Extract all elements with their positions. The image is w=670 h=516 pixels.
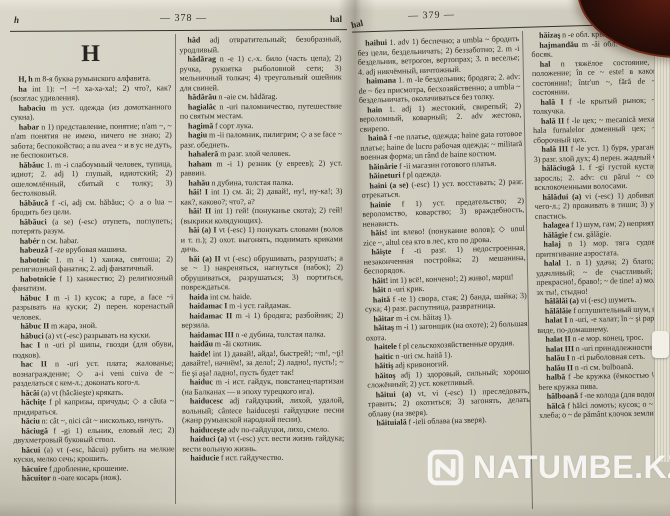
headword: haită [373, 294, 391, 304]
headword: hagialâc [188, 102, 217, 111]
headword: hăitaş [374, 323, 395, 333]
dictionary-entry: hac II n -uri уст. плата; жалованье; воз… [13, 358, 174, 388]
dictionary-entry: hală II f -le цех; ~ mecanică механическ… [533, 113, 670, 145]
entry-list: H, h m 8-я буква румынского алфавита.ha … [10, 73, 175, 483]
headword: hăcuire [22, 464, 48, 473]
headword: hain [367, 105, 382, 114]
headword: hăişte [371, 247, 391, 257]
headword: hăineturi [369, 171, 401, 181]
dictionary-entry: hăi! I int 1) см. ăi; 2) давай!, ну!, ну… [180, 186, 342, 206]
dictionary-entry: haidamac II m -i 1) бродяга; разбойник; … [181, 310, 343, 330]
dictionary-entry: ha int 1): ~! ~! ха-ха-ха!; 2) что?, как… [10, 83, 171, 103]
dictionary-entry: hălăciugă 1. f -gi густой кустарник, кол… [534, 160, 670, 192]
headword: hăciu [21, 416, 40, 425]
headword: hădărău [188, 92, 217, 101]
dictionary-entry: habaciu m уст. одежда (из домотканного с… [11, 102, 172, 122]
headword: habér [20, 236, 40, 245]
dictionary-entry: haide! int 1) давай!, айда!, быстрей!; ~… [182, 348, 344, 378]
headword: hăbuci [20, 331, 43, 340]
headword: habotnicie [20, 274, 56, 283]
headword: hăcuitor [22, 473, 51, 482]
dictionary-entry: halbă f -be кружка (ёмкостью ½ литра); o… [538, 369, 670, 392]
headword: ha [18, 84, 27, 93]
headword: habar [19, 122, 40, 131]
watermark-text: NATUMBE.KZ [473, 449, 670, 486]
dictionary-entry: hăbăuc 1. m -i слабоумный человек, тупиц… [11, 159, 172, 198]
headword: hagimă [188, 121, 213, 130]
dictionary-entry: hădărag n -e 1) с.-х. било (часть цепа);… [179, 53, 341, 92]
headword: hală I [540, 97, 563, 106]
headword: H, h [18, 75, 32, 84]
dictionary-entry: hagiu m -ii паломник, пилигрим; ◇ a se f… [180, 129, 342, 149]
headword: hăi! I [188, 187, 208, 196]
headword: hădărag [187, 54, 216, 63]
dictionary-entry: habotnicie f 1) ханжество; 2) религиозны… [12, 273, 173, 293]
headword: hălcă [547, 401, 565, 410]
left-page-guideword-left: h [14, 15, 19, 25]
headword: habotnic [20, 255, 50, 264]
headword: halaj [543, 239, 561, 248]
headword: hăi (a) II [189, 254, 221, 263]
dictionary-entry: haidamac III n -e дубина, толстая палка. [181, 329, 343, 340]
dictionary-entry: hăcui (a) vt (-esc, hăcui) рубить на мел… [13, 444, 174, 464]
headword: hălăgie [543, 230, 568, 240]
headword: haide! [190, 349, 211, 358]
bottom-shadow [0, 502, 670, 516]
headword: haidamac I [189, 301, 227, 310]
headword: hăitoş [375, 370, 396, 380]
dictionary-entry: habar n 1) представление, понятие; n'am … [11, 121, 172, 160]
left-page-column-2: hâd adj отвратительный; безобразный, уро… [179, 34, 344, 509]
headword: halagea [543, 220, 569, 230]
right-page-column-1: haihui 1. adv 1) беспечно; a umbla ~ бро… [357, 34, 533, 515]
headword: halat III [546, 344, 575, 354]
headword: haitic [374, 351, 393, 361]
right-page-number: — 379 — [408, 9, 455, 21]
headword: hăcăi [21, 388, 39, 397]
left-page-number: — 378 — [160, 13, 207, 24]
headword: haiducie [190, 453, 219, 462]
headword: haitele [374, 342, 397, 352]
headword: haiduceşte [190, 425, 226, 434]
dictionary-entry: hal n тяжёлое состояние, бедственное пол… [532, 56, 670, 98]
headword: haidău [189, 339, 213, 348]
headword: habeuză [20, 245, 49, 254]
headword: halat II [545, 334, 570, 344]
headword: halbă [546, 372, 565, 381]
headword: hălălăie [545, 306, 572, 316]
headword: hăitar [373, 313, 394, 323]
dictionary-entry: hăbăucă f -ci, adj см. hăbăuc; ◇ a o lua… [11, 197, 172, 217]
dictionary-entry: hăi (a) II vt (-esc) обрушивать, разруша… [181, 253, 343, 292]
headword: halat I [545, 315, 568, 324]
watermark: NATUMBE.KZ [427, 449, 670, 486]
natumbe-n-logo-icon [427, 449, 464, 486]
headword: hălădui (a) [542, 191, 581, 201]
dictionary-entry: hăchiţe f pl капризы, причуды; ◇ a căuta… [13, 396, 174, 416]
headword: hăitui (a) [375, 389, 411, 399]
headword: hajmandău [539, 40, 578, 50]
headword: haida [189, 292, 208, 301]
headword: hăchiţe [21, 397, 46, 406]
headword: hahaleră [188, 149, 218, 158]
entry-list: hâd adj отвратительный; безобразный, уро… [179, 34, 344, 463]
headword: hăbăuci [20, 217, 47, 226]
dictionary-entry: halat I n -uri, -e халат; în ~ şi papuci… [537, 312, 670, 335]
headword: hăituială [376, 418, 406, 428]
headword: hainie [370, 199, 391, 209]
headword: hăbăucă [19, 198, 48, 207]
dictionary-entry: haihui 1. adv 1) беспечно; a umbla ~ бро… [357, 34, 520, 77]
dictionary-entry: hăcuitor n -oare косарь (нож). [14, 472, 175, 483]
left-page-guideword-right: hal [330, 14, 342, 24]
headword: halău II [546, 363, 573, 373]
headword: habaciu [19, 103, 46, 112]
dictionary-entry: hagialâc n -uri паломничество, путешеств… [180, 101, 342, 121]
headword: haihui [365, 38, 387, 48]
page-clip [652, 331, 669, 358]
dictionary-entry: hâd adj отвратительный; безобразный, уро… [179, 34, 341, 54]
headword: hală III [541, 144, 568, 154]
headword: hăbăuc [19, 160, 44, 169]
headword: hahău [188, 178, 209, 187]
headword: hac I [21, 340, 41, 349]
dictionary-entry: hac I n -uri pl шипы, гвозди (для обуви,… [13, 339, 174, 359]
headword: haiduci (a) [190, 434, 227, 443]
left-page-header-rule [10, 29, 347, 32]
headword: haidamac II [189, 311, 232, 320]
headword: haini (a se) [369, 180, 408, 190]
headword: haham [188, 159, 212, 168]
headword: hăitiş [375, 361, 394, 371]
dictionary-entry: haiducesc adj гайдуцкий, лихой, удалой, … [182, 395, 344, 425]
dictionary-entry: hălădui (a) vi (-esc) 1) добиваться, дос… [534, 189, 670, 221]
headword: hăit [372, 285, 386, 294]
headword: hal [540, 59, 551, 68]
headword: hăizaş [539, 30, 561, 39]
headword: hălălăi (a) [545, 296, 579, 306]
headword: hăbuc I [20, 293, 49, 302]
headword: haiduc [190, 377, 213, 386]
dictionary-entry: hăciugă f -gi 1) ельник, еловый лес; 2) … [13, 425, 174, 445]
page-edge-stack [654, 30, 670, 462]
headword: haină [368, 133, 387, 143]
headword: hăis! [371, 228, 388, 237]
headword: hăcui [21, 445, 40, 454]
dictionary-entry: hăi (a) I vt (-esc) 1) понукать словами … [181, 224, 343, 254]
dictionary-entry: haiduc m -i ист. гайдук, повстанец-парти… [182, 376, 344, 396]
headword: haidamac III [189, 330, 233, 339]
headword: hâd [187, 35, 200, 44]
dictionary-entry: haham m -i 1) резник (у евреев); 2) уст.… [180, 158, 342, 178]
dictionary-entry: haiduci (a) vt (-esc) уст. вести жизнь г… [182, 433, 344, 453]
right-page-column-2: hăizaş n -e обл. крыша.hajmandău m -ăi о… [531, 27, 670, 510]
headword: hagiu [188, 130, 207, 139]
headword: hală II [541, 116, 564, 125]
entry-list: haihui 1. adv 1) беспечно; a umbla ~ бро… [357, 34, 530, 428]
dictionary-entry: hăi! II int 1) гей! (понуканье скота); 2… [181, 205, 343, 225]
dictionary-entry: halal 1. n 1) удача; 2) благо; добро; 2.… [536, 255, 670, 297]
headword: haimana [366, 76, 396, 86]
headword: hălboană [547, 391, 579, 401]
dictionary-entry: hăbuc I m -i 1) кусок; a rupe, a face ~i… [12, 292, 173, 322]
dictionary-entry: haiducie f ист. гайдучество. [182, 452, 344, 463]
page-top-edge [0, 0, 670, 11]
section-letter-h: H [10, 41, 171, 66]
headword: hălăciugă [542, 163, 575, 173]
book-photo: h — 378 — hal H H, h m 8-я буква румынск… [0, 0, 670, 516]
headword: hăit! [372, 275, 388, 284]
dictionary-entry: habotnic 1. m -i 1) ханжа, святоша; 2) р… [12, 254, 173, 274]
headword: halal [544, 258, 561, 267]
left-page-column-divider [175, 34, 176, 504]
headword: hac II [21, 359, 47, 368]
headword: hăinărie [369, 161, 398, 171]
headword: hăi! II [189, 206, 212, 215]
dictionary-entry: hălcă f hălci ломоть; кусок; o ~ de pâin… [539, 398, 670, 421]
headword: haiducesc [190, 396, 223, 405]
dictionary-entry: hăbăuci (a se) (-esc) отупеть, поглупеть… [12, 216, 173, 236]
headword: hăi (a) I [189, 225, 217, 234]
headword: hăciugă [21, 426, 48, 435]
headword: halău I [546, 353, 570, 362]
entry-list: hăizaş n -e обл. крыша.hajmandău m -ăi о… [531, 27, 670, 420]
headword: hăbuc II [20, 321, 49, 330]
left-page-column-1: H H, h m 8-я буква румынского алфавита.h… [10, 39, 175, 508]
